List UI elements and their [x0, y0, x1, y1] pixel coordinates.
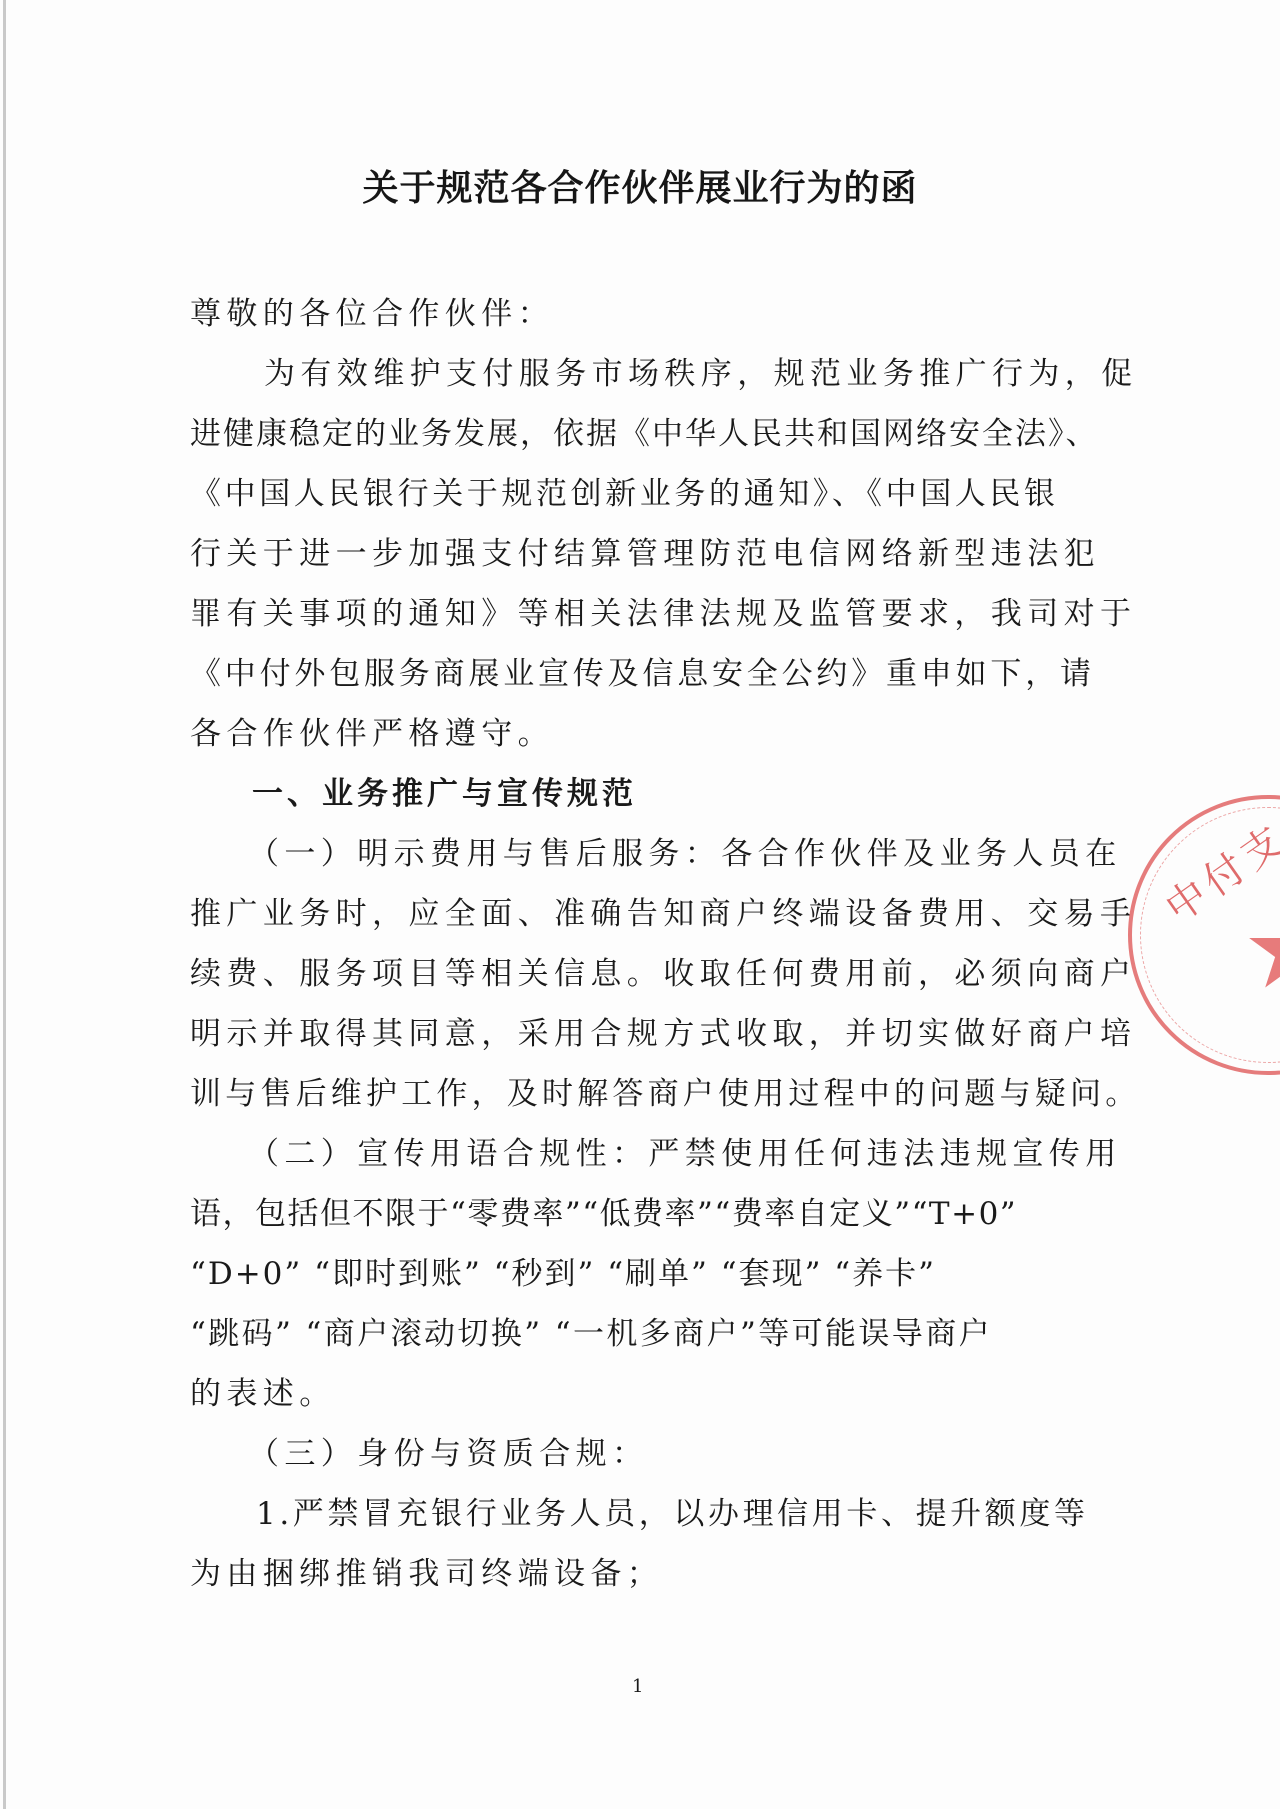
- paragraph-line: “D+0” “即时到账” “秒到” “刷单” “套现” “养卡”: [190, 1244, 1082, 1304]
- paragraph-line: 为有效维护支付服务市场秩序，规范业务推广行为，促: [190, 344, 1082, 404]
- list-item-continued: 为由捆绑推销我司终端设备；: [190, 1544, 1082, 1604]
- paragraph-line: 的表述。: [190, 1364, 1082, 1424]
- paragraph-line: 行关于进一步加强支付结算管理防范电信网络新型违法犯: [190, 524, 1082, 584]
- paragraph-line: 训与售后维护工作，及时解答商户使用过程中的问题与疑问。: [190, 1064, 1082, 1124]
- paragraph-line: 罪有关事项的通知》等相关法律法规及监管要求，我司对于: [190, 584, 1082, 644]
- star-icon: ★: [1242, 894, 1280, 1004]
- subsection-line: （二）宣传用语合规性：严禁使用任何违法违规宣传用: [190, 1124, 1082, 1184]
- salutation: 尊敬的各位合作伙伴：: [190, 284, 1082, 344]
- paragraph-line: 语，包括但不限于“零费率”“低费率”“费率自定义”“T+0”: [190, 1184, 1082, 1244]
- paragraph-line: 进健康稳定的业务发展，依据《中华人民共和国网络安全法》、: [190, 404, 1082, 464]
- subsection-line: （一）明示费用与售后服务：各合作伙伴及业务人员在: [190, 824, 1082, 884]
- paragraph-line: 明示并取得其同意，采用合规方式收取，并切实做好商户培: [190, 1004, 1082, 1064]
- paragraph-line: “跳码” “商户滚动切换” “一机多商户”等可能误导商户: [190, 1304, 1082, 1364]
- paragraph-line: 《中付外包服务商展业宣传及信息安全公约》重申如下，请: [190, 644, 1082, 704]
- company-seal: ★ 中付支付: [1128, 795, 1280, 1075]
- page-number: 1: [632, 1676, 643, 1697]
- document-title: 关于规范各合作伙伴展业行为的函: [0, 160, 1280, 211]
- subsection-heading: （三）身份与资质合规：: [190, 1424, 1082, 1484]
- section-heading: 一、业务推广与宣传规范: [190, 764, 1082, 824]
- document-body: 尊敬的各位合作伙伴： 为有效维护支付服务市场秩序，规范业务推广行为，促 进健康稳…: [190, 284, 1082, 1604]
- list-item: 1.严禁冒充银行业务人员，以办理信用卡、提升额度等: [190, 1484, 1082, 1544]
- paragraph-line: 各合作伙伴严格遵守。: [190, 704, 1082, 764]
- paragraph-line: 《中国人民银行关于规范创新业务的通知》、《中国人民银: [190, 464, 1082, 524]
- page-binding-edge: [3, 0, 6, 1809]
- paragraph-line: 推广业务时，应全面、准确告知商户终端设备费用、交易手: [190, 884, 1082, 944]
- paragraph-line: 续费、服务项目等相关信息。收取任何费用前，必须向商户: [190, 944, 1082, 1004]
